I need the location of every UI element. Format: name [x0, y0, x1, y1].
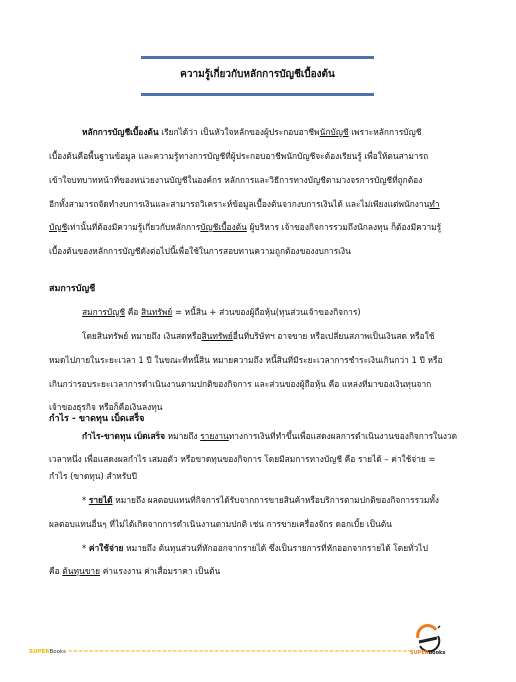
assets-line-2: หมดไปภายในระยะเวลา 1 ปี ในขณะที่หนี้สิน …	[49, 354, 443, 366]
link-do-accounting[interactable]: ทำ	[429, 199, 439, 209]
intro-line-4: อีกทั้งสามารถจัดทำงบการเงินและสามารถวิเค…	[49, 198, 440, 210]
text: อีกทั้งสามารถจัดทำงบการเงินและสามารถวิเค…	[49, 199, 429, 209]
footer-brand: SUPERBooks =============================…	[29, 648, 413, 656]
link-revenue[interactable]: รายได้	[89, 495, 113, 505]
logo-wordmark: SUPERbooks	[410, 650, 445, 656]
expense-lead: ค่าใช้จ่าย	[89, 543, 124, 553]
intro-line-3: เข้าใจบทบาทหน้าที่ของหน่วยงานบัญชีในองค์…	[49, 174, 422, 186]
text: โดยสินทรัพย์ หมายถึง เงินสดหรือ	[82, 331, 202, 341]
profit-line-2: เวลาหนึ่ง เพื่อแสดงผลกำไร เสมอตัว หรือขา…	[49, 453, 436, 465]
text: หมายถึง ต้นทุนส่วนที่หักออกจากรายได้ ซึ่…	[123, 543, 427, 553]
link-assets-2[interactable]: สินทรัพย์	[202, 331, 233, 341]
text: เท่านั้นที่ต้องมีความรู้เกี่ยวกับหลักการ	[67, 222, 200, 232]
equation-line: สมการบัญชี คือ สินทรัพย์ = หนี้สิน + ส่ว…	[82, 306, 361, 318]
text: คือ	[49, 566, 62, 576]
section-heading-equation: สมการบัญชี	[49, 283, 95, 295]
link-assets[interactable]: สินทรัพย์	[141, 307, 172, 317]
intro-line-2: เบื้องต้นคือพื้นฐานข้อมูล และความรู้ทางก…	[49, 150, 428, 162]
footer-divider: ========================================…	[68, 648, 413, 655]
link-accounting[interactable]: บัญชี	[49, 222, 67, 232]
assets-line-4: เจ้าของธุรกิจ หรือก็คือเงินลงทุน	[49, 401, 162, 413]
intro-line-1: หลักการบัญชีเบื้องต้น เรียกได้ว่า เป็นหั…	[82, 126, 421, 138]
intro-lead: หลักการบัญชีเบื้องต้น	[82, 127, 159, 137]
text: เพราะหลักการบัญชี	[349, 127, 422, 137]
link-basic-accounting[interactable]: บัญชีเบื้องต้น	[200, 222, 247, 232]
bullet-star: *	[82, 495, 89, 505]
text: = หนี้สิน + ส่วนของผู้ถือหุ้น(ทุนส่วนเจ้…	[172, 307, 360, 317]
bullet-star: *	[82, 543, 89, 553]
link-report[interactable]: รายงาน	[200, 431, 229, 441]
expense-line-1: * ค่าใช้จ่าย หมายถึง ต้นทุนส่วนที่หักออก…	[82, 542, 428, 554]
link-cost-of-sales[interactable]: ต้นทุนขาย	[62, 566, 100, 576]
profit-lead: กำไร-ขาดทุน เบ็ดเสร็จ	[82, 431, 165, 441]
link-accountant[interactable]: นักบัญชี	[320, 127, 349, 137]
text: ค่าแรงงาน ค่าเสื่อมราคา เป็นต้น	[100, 566, 220, 576]
text: หมายถึง ผลตอบแทนที่กิจการได้รับจากการขาย…	[113, 495, 439, 505]
revenue-line-2: ผลตอบแทนอื่นๆ ที่ไม่ได้เกิดจากการดำเนินง…	[49, 518, 392, 530]
footer-brand-super: SUPER	[29, 649, 49, 655]
intro-line-6: เบื้องต้นของหลักการบัญชีดังต่อไปนี้เพื่อ…	[49, 245, 351, 257]
profit-line-1: กำไร-ขาดทุน เบ็ดเสร็จ หมายถึง รายงานทางก…	[82, 430, 457, 442]
text: อื่นที่บริษัทฯ อาจขาย หรือเปลี่ยนสภาพเป็…	[233, 331, 435, 341]
text: คือ	[125, 307, 141, 317]
expense-line-2: คือ ต้นทุนขาย ค่าแรงงาน ค่าเสื่อมราคา เป…	[49, 565, 220, 577]
logo-books: books	[429, 650, 446, 656]
footer-brand-books: Books	[49, 649, 66, 655]
title-box: ความรู้เกี่ยวกับหลักการบัญชีเบื้องต้น	[141, 56, 374, 96]
title-rule-top	[141, 56, 374, 59]
section-heading-profit-loss: กำไร - ขาดทุน เบ็ดเสร็จ	[49, 413, 144, 425]
intro-line-5: บัญชีเท่านั้นที่ต้องมีความรู้เกี่ยวกับหล…	[49, 221, 441, 233]
text: ทางการเงินที่ทำขึ้นเพื่อแสดงผลการดำเนินง…	[229, 431, 457, 441]
revenue-line-1: * รายได้ หมายถึง ผลตอบแทนที่กิจการได้รับ…	[82, 494, 439, 506]
text: เรียกได้ว่า เป็นหัวใจหลักของผู้ประกอบอาช…	[159, 127, 320, 137]
assets-line-3: เกินกว่ารอบระยะเวลาการดำเนินงานตามปกติขอ…	[49, 378, 431, 390]
text: ผู้บริหาร เจ้าของกิจการรวมถึงนักลงทุน ก็…	[247, 222, 441, 232]
page-title: ความรู้เกี่ยวกับหลักการบัญชีเบื้องต้น	[141, 69, 374, 81]
document-page: ความรู้เกี่ยวกับหลักการบัญชีเบื้องต้น หล…	[0, 0, 516, 682]
profit-line-3: กำไร (ขาดทุน) สำหรับปี	[49, 470, 137, 482]
assets-line-1: โดยสินทรัพย์ หมายถึง เงินสดหรือสินทรัพย์…	[82, 330, 434, 342]
logo-super: SUPER	[410, 650, 429, 656]
link-equation[interactable]: สมการบัญชี	[82, 307, 125, 317]
text: หมายถึง	[165, 431, 200, 441]
title-rule-bottom	[141, 93, 374, 96]
